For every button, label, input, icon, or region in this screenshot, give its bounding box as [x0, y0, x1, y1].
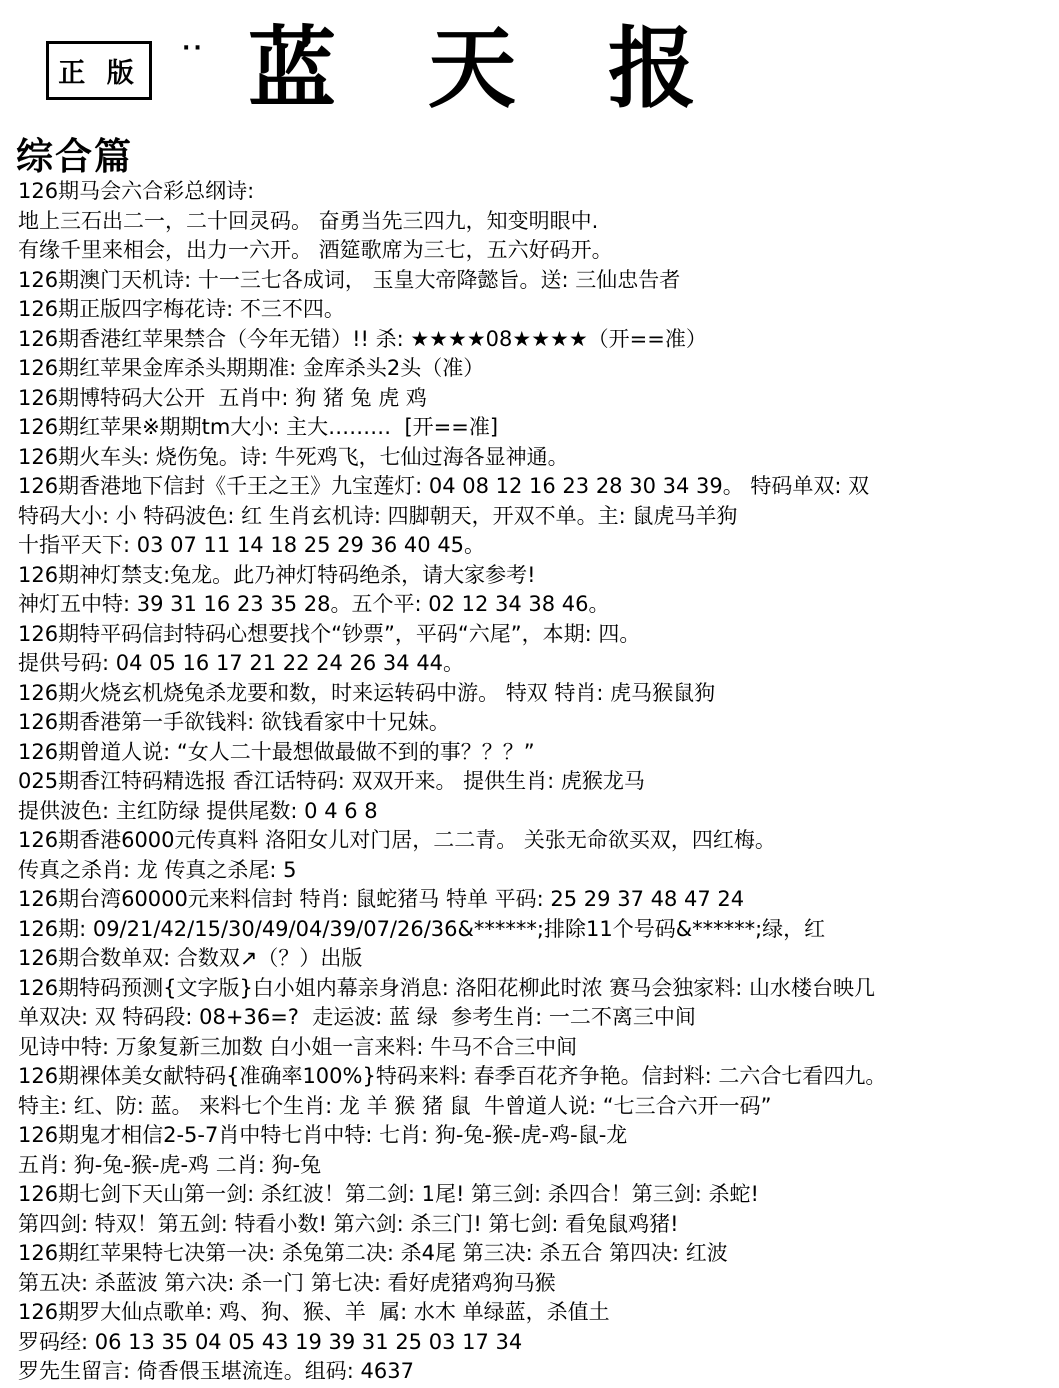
text-line: 126期香港第一手欲钱料: 欲钱看家中十兄妹。: [18, 708, 1055, 738]
text-line: 126期特平码信封特码心想要找个“钞票”，平码“六尾”，本期: 四。: [18, 620, 1055, 650]
text-line: 特码大小: 小 特码波色: 红 生肖玄机诗: 四脚朝天，开双不单。主: 鼠虎马羊…: [18, 502, 1055, 532]
text-line: 126期正版四字梅花诗: 不三不四。: [18, 295, 1055, 325]
text-line: 126期红苹果特七决第一决: 杀兔第二决: 杀4尾 第三决: 杀五合 第四决: …: [18, 1239, 1055, 1269]
text-line: 十指平天下: 03 07 11 14 18 25 29 36 40 45。: [18, 531, 1055, 561]
paper-title: 蓝 天 报: [248, 24, 696, 112]
text-line: 神灯五中特: 39 31 16 23 35 28。五个平: 02 12 34 3…: [18, 590, 1055, 620]
text-line: 126期七剑下天山第一剑: 杀红波！第二剑: 1尾! 第三剑: 杀四合！第三剑:…: [18, 1180, 1055, 1210]
text-line: 126期裸体美女献特码{准确率100%}特码来料: 春季百花齐争艳。信封料: 二…: [18, 1062, 1055, 1092]
dots-mark: ··: [182, 36, 205, 61]
genuine-badge: 正 版: [46, 41, 152, 100]
text-line: 传真之杀肖: 龙 传真之杀尾: 5: [18, 856, 1055, 886]
text-line: 126期香港红苹果禁合（今年无错）!! 杀: ★★★★08★★★★（开==准）: [18, 325, 1055, 355]
text-line: 罗码经: 06 13 35 04 05 43 19 39 31 25 03 17…: [18, 1328, 1055, 1358]
text-line: 第四剑: 特双！第五剑: 特看小数! 第六剑: 杀三门! 第七剑: 看兔鼠鸡猪!: [18, 1210, 1055, 1240]
paper-title-char: 蓝: [248, 24, 336, 112]
text-line: 126期火烧玄机烧兔杀龙要和数，时来运转码中游。 特双 特肖: 虎马猴鼠狗: [18, 679, 1055, 709]
text-line: 单双决: 双 特码段: 08+36=? 走运波: 蓝 绿 参考生肖: 一二不离三…: [18, 1003, 1055, 1033]
text-line: 五肖: 狗-兔-猴-虎-鸡 二肖: 狗-兔: [18, 1151, 1055, 1181]
text-line: 126期鬼才相信2-5-7肖中特七肖中特: 七肖: 狗-兔-猴-虎-鸡-鼠-龙: [18, 1121, 1055, 1151]
content-body: 126期马会六合彩总纲诗: 地上三石出二一，二十回灵码。 奋勇当先三四九，知变明…: [18, 177, 1055, 1387]
text-line: 特主: 红、防: 蓝。 来料七个生肖: 龙 羊 猴 猪 鼠 牛曾道人说: “七三…: [18, 1092, 1055, 1122]
text-line: 126期特码预测{文字版}白小姐内幕亲身消息: 洛阳花柳此时浓 赛马会独家料: …: [18, 974, 1055, 1004]
text-line: 见诗中特: 万象复新三加数 白小姐一言来料: 牛马不合三中间: [18, 1033, 1055, 1063]
text-line: 126期香港地下信封《千王之王》九宝莲灯: 04 08 12 16 23 28 …: [18, 472, 1055, 502]
text-line: 罗先生留言: 倚香偎玉堪流连。组码: 4637: [18, 1357, 1055, 1387]
text-line: 126期曾道人说: “女人二十最想做最做不到的事？？？”: [18, 738, 1055, 768]
text-line: 126期罗大仙点歌单: 鸡、狗、猴、羊 属: 水木 单绿蓝，杀值土: [18, 1298, 1055, 1328]
text-line: 025期香江特码精选报 香江话特码: 双双开来。 提供生肖: 虎猴龙马: [18, 767, 1055, 797]
text-line: 126期红苹果※期期tm大小: 主大……… [开==准]: [18, 413, 1055, 443]
text-line: 提供波色: 主红防绿 提供尾数: 0 4 6 8: [18, 797, 1055, 827]
section-heading: 综合篇: [16, 126, 133, 180]
text-line: 126期神灯禁支:兔龙。此乃神灯特码绝杀，请大家参考!: [18, 561, 1055, 591]
text-line: 有缘千里来相会，出力一六开。 酒筵歌席为三七，五六好码开。: [18, 236, 1055, 266]
text-line: 126期红苹果金库杀头期期准: 金库杀头2头（准）: [18, 354, 1055, 384]
text-line: 126期合数单双: 合数双↗（？）出版: [18, 944, 1055, 974]
text-line: 126期博特码大公开 五肖中: 狗 猪 兔 虎 鸡: [18, 384, 1055, 414]
paper-title-char: 天: [428, 24, 516, 112]
text-line: 地上三石出二一，二十回灵码。 奋勇当先三四九，知变明眼中.: [18, 207, 1055, 237]
text-line: 第五决: 杀蓝波 第六决: 杀一门 第七决: 看好虎猪鸡狗马猴: [18, 1269, 1055, 1299]
text-line: 126期澳门天机诗: 十一三七各成词， 玉皇大帝降懿旨。送: 三仙忠告者: [18, 266, 1055, 296]
text-line: 126期香港6000元传真料 洛阳女儿对门居，二二青。 关张无命欲买双，四红梅。: [18, 826, 1055, 856]
paper-title-char: 报: [608, 24, 696, 112]
text-line: 126期马会六合彩总纲诗:: [18, 177, 1055, 207]
text-line: 126期火车头: 烧伤兔。诗: 牛死鸡飞，七仙过海各显神通。: [18, 443, 1055, 473]
text-line: 提供号码: 04 05 16 17 21 22 24 26 34 44。: [18, 649, 1055, 679]
text-line: 126期台湾60000元来料信封 特肖: 鼠蛇猪马 特单 平码: 25 29 3…: [18, 885, 1055, 915]
text-line: 126期: 09/21/42/15/30/49/04/39/07/26/36&*…: [18, 915, 1055, 945]
